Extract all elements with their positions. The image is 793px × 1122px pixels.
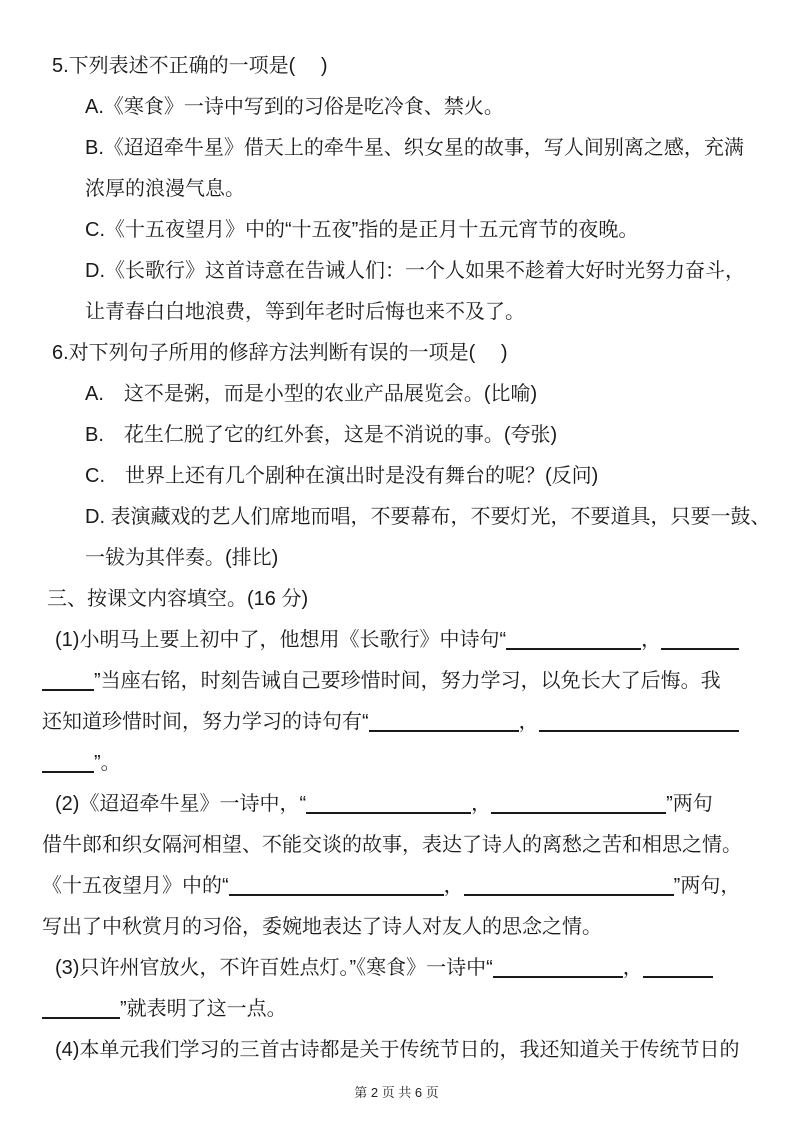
question-5-option-d-line2: 让青春白白地浪费，等到年老时后悔也来不及了。 — [0, 292, 793, 333]
answer-blank — [506, 624, 641, 650]
question-6-option-d-line1: D. 表演藏戏的艺人们席地而唱，不要幕布，不要灯光，不要道具，只要一鼓、 — [0, 497, 793, 538]
section-3-heading: 三、按课文内容填空。(16 分) — [0, 579, 793, 620]
question-5-option-b-line1: B.《迢迢牵牛星》借天上的牵牛星、织女星的故事，写人间别离之感，充满 — [0, 128, 793, 169]
section-3-item-4-line1: (4)本单元我们学习的三首古诗都是关于传统节日的，我还知道关于传统节日的 — [0, 1030, 793, 1071]
item-1-line2-text: ”当座右铭，时刻告诫自己要珍惜时间，努力学习，以免长大了后悔。我 — [94, 670, 721, 692]
section-3-item-3-line2: ”就表明了这一点。 — [0, 989, 793, 1030]
answer-blank — [229, 870, 444, 896]
item-1-line4-text: ”。 — [94, 752, 121, 774]
section-3-item-1-line4: ”。 — [0, 743, 793, 784]
item-2-line1-text: (2)《迢迢牵牛星》一诗中，“ — [55, 793, 306, 815]
comma-between-blanks: ， — [519, 711, 539, 733]
answer-blank — [661, 624, 739, 650]
item-3-line2-text: ”就表明了这一点。 — [120, 998, 287, 1020]
answer-blank — [306, 788, 471, 814]
comma-between-blanks: ， — [471, 793, 491, 815]
section-3-item-2-line3: 《十五夜望月》中的“，”两句， — [0, 866, 793, 907]
answer-blank — [42, 747, 94, 773]
section-3-item-1-line2: ”当座右铭，时刻告诫自己要珍惜时间，努力学习，以免长大了后悔。我 — [0, 661, 793, 702]
answer-blank — [539, 706, 739, 732]
answer-blank — [493, 952, 623, 978]
item-2-line1-tail: ”两句 — [666, 793, 713, 815]
question-5-option-b-line2: 浓厚的浪漫气息。 — [0, 169, 793, 210]
answer-blank — [643, 952, 713, 978]
question-6-option-c: C. 世界上还有几个剧种在演出时是没有舞台的呢？(反问) — [0, 456, 793, 497]
question-6-stem: 6.对下列句子所用的修辞方法判断有误的一项是( ) — [0, 333, 793, 374]
section-3-item-2-line2: 借牛郎和织女隔河相望、不能交谈的故事，表达了诗人的离愁之苦和相思之情。 — [0, 825, 793, 866]
answer-blank — [464, 870, 674, 896]
question-5-option-c: C.《十五夜望月》中的“十五夜”指的是正月十五元宵节的夜晚。 — [0, 210, 793, 251]
comma-between-blanks: ， — [444, 875, 464, 897]
question-6-option-b: B. 花生仁脱了它的红外套，这是不消说的事。(夸张) — [0, 415, 793, 456]
comma-between-blanks: ， — [623, 957, 643, 979]
item-3-line1-text: (3)只许州官放火，不许百姓点灯。”《寒食》一诗中“ — [55, 957, 493, 979]
page-footer: 第 2 页 共 6 页 — [0, 1084, 793, 1102]
item-1-line3-text: 还知道珍惜时间，努力学习的诗句有“ — [42, 711, 369, 733]
item-1-line1-text: (1)小明马上要上初中了，他想用《长歌行》中诗句“ — [55, 629, 506, 651]
section-3-item-1-line1: (1)小明马上要上初中了，他想用《长歌行》中诗句“， — [0, 620, 793, 661]
answer-blank — [42, 993, 120, 1019]
item-2-line3-tail: ”两句， — [674, 875, 741, 897]
section-3-item-1-line3: 还知道珍惜时间，努力学习的诗句有“， — [0, 702, 793, 743]
answer-blank — [491, 788, 666, 814]
section-3-item-2-line4: 写出了中秋赏月的习俗，委婉地表达了诗人对友人的思念之情。 — [0, 907, 793, 948]
answer-blank — [369, 706, 519, 732]
answer-blank — [42, 665, 94, 691]
question-5-option-d-line1: D.《长歌行》这首诗意在告诫人们：一个人如果不趁着大好时光努力奋斗， — [0, 251, 793, 292]
page-content: 5.下列表述不正确的一项是( ) A.《寒食》一诗中写到的习俗是吃冷食、禁火。 … — [0, 46, 793, 1071]
question-6-option-d-line2: 一钹为其伴奏。(排比) — [0, 538, 793, 579]
section-3-item-3-line1: (3)只许州官放火，不许百姓点灯。”《寒食》一诗中“， — [0, 948, 793, 989]
section-3-item-2-line1: (2)《迢迢牵牛星》一诗中，“，”两句 — [0, 784, 793, 825]
question-5-option-a: A.《寒食》一诗中写到的习俗是吃冷食、禁火。 — [0, 87, 793, 128]
question-5-stem: 5.下列表述不正确的一项是( ) — [0, 46, 793, 87]
test-paper-page: 5.下列表述不正确的一项是( ) A.《寒食》一诗中写到的习俗是吃冷食、禁火。 … — [0, 0, 793, 1122]
comma-between-blanks: ， — [641, 629, 661, 651]
item-2-line3-text: 《十五夜望月》中的“ — [42, 875, 229, 897]
question-6-option-a: A. 这不是粥，而是小型的农业产品展览会。(比喻) — [0, 374, 793, 415]
